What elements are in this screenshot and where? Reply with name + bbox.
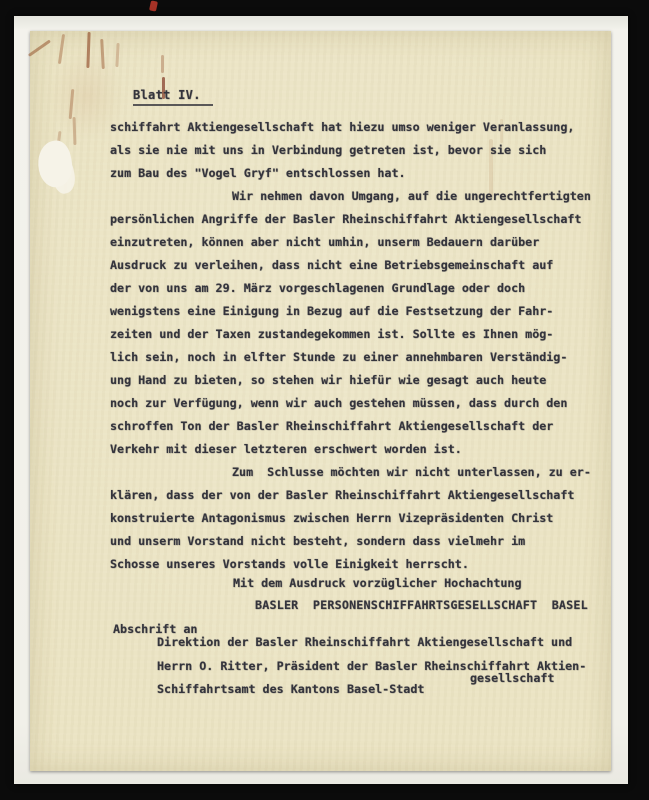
typed-line: zum Bau des "Vogel Gryf" entschlossen ha…	[110, 162, 602, 185]
distribution-recipient-continuation: gesellschaft	[470, 671, 554, 685]
closing-salutation: Mit dem Ausdruck vorzüglicher Hochachtun…	[233, 576, 522, 590]
typed-line: Wir nehmen davon Umgang, auf die ungerec…	[110, 185, 602, 208]
typed-line: schiffahrt Aktiengesellschaft hat hiezu …	[110, 116, 602, 139]
typed-line: Zum Schlusse möchten wir nicht unterlass…	[110, 461, 602, 484]
typed-line: persönlichen Angriffe der Basler Rheinsc…	[110, 208, 602, 231]
typed-line: Verkehr mit dieser letzteren erschwert w…	[110, 438, 602, 461]
typed-line: Ausdruck zu verleihen, dass nicht eine B…	[110, 254, 602, 277]
distribution-recipient: Schiffahrtsamt des Kantons Basel-Stadt	[157, 682, 424, 696]
photo-mat-border: Blatt IV. schiffahrt Aktiengesellschaft …	[14, 16, 628, 784]
typed-line: wenigstens eine Einigung in Bezug auf di…	[110, 300, 602, 323]
page-heading: Blatt IV.	[133, 88, 213, 106]
typed-line: ung Hand zu bieten, so stehen wir hiefür…	[110, 369, 602, 392]
typed-line: als sie nie mit uns in Verbindung getret…	[110, 139, 602, 162]
typed-line: und unserm Vorstand nicht besteht, sonde…	[110, 530, 602, 553]
typed-line: noch zur Verfügung, wenn wir auch gesteh…	[110, 392, 602, 415]
distribution-label: Abschrift an	[113, 622, 197, 636]
typed-line: Schosse unseres Vorstands volle Einigkei…	[110, 553, 602, 576]
typed-line: einzutreten, können aber nicht umhin, un…	[110, 231, 602, 254]
typed-line: klären, dass der von der Basler Rheinsch…	[110, 484, 602, 507]
typed-line: konstruierte Antagonismus zwischen Herrn…	[110, 507, 602, 530]
typed-line: der von uns am 29. März vorgeschlagenen …	[110, 277, 602, 300]
company-signature: BASLER PERSONENSCHIFFAHRTSGESELLSCHAFT B…	[255, 598, 588, 612]
distribution-recipient: Direktion der Basler Rheinschiffahrt Akt…	[157, 635, 572, 649]
typed-line: lich sein, noch in elfter Stunde zu eine…	[110, 346, 602, 369]
red-ink-mark	[149, 0, 158, 11]
document-page: Blatt IV. schiffahrt Aktiengesellschaft …	[30, 31, 611, 771]
typed-text-layer: Blatt IV. schiffahrt Aktiengesellschaft …	[30, 31, 611, 771]
typed-line: zeiten und der Taxen zustandegekommen is…	[110, 323, 602, 346]
scan-background: Blatt IV. schiffahrt Aktiengesellschaft …	[0, 0, 649, 800]
letter-body: schiffahrt Aktiengesellschaft hat hiezu …	[110, 116, 602, 576]
typed-line: schroffen Ton der Basler Rheinschiffahrt…	[110, 415, 602, 438]
